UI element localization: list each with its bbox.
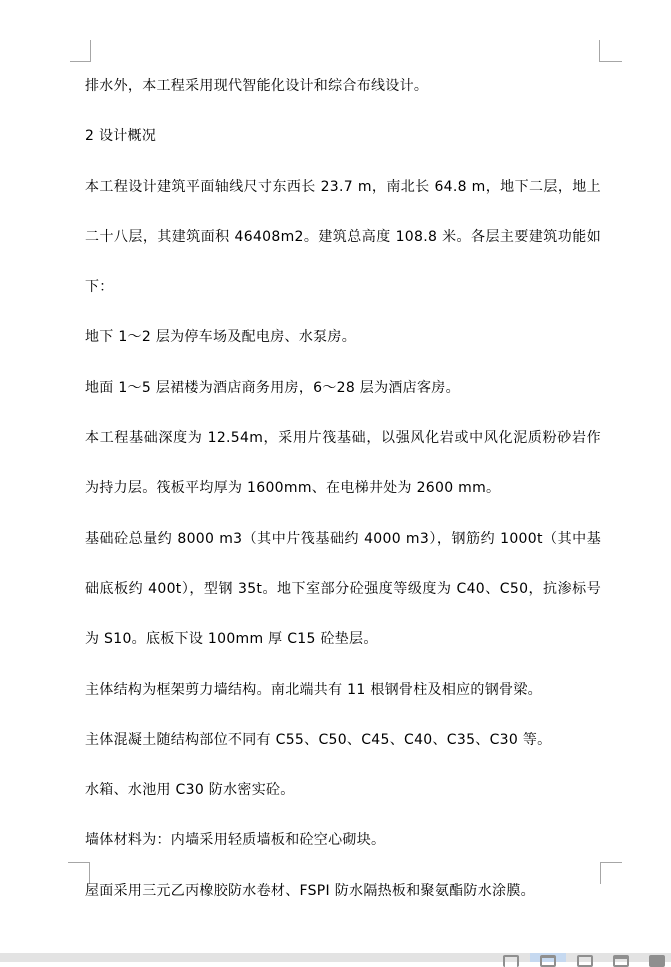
paragraph: 地面 1～5 层裙楼为酒店商务用房，6～28 层为酒店客房。 bbox=[85, 363, 601, 413]
text-boundary-mark-top-left bbox=[70, 40, 91, 62]
paragraph: 本工程基础深度为 12.54m，采用片筏基础，以强风化岩或中风化泥质粉砂岩作为持… bbox=[85, 413, 601, 514]
print-layout-view-button[interactable] bbox=[530, 953, 566, 962]
paragraph: 排水外，本工程采用现代智能化设计和综合布线设计。 bbox=[85, 61, 601, 111]
paragraph: 水箱、水池用 C30 防水密实砼。 bbox=[85, 765, 601, 815]
outline-view-icon bbox=[613, 955, 629, 962]
read-mode-view-button[interactable] bbox=[493, 953, 529, 962]
paragraph: 主体混凝土随结构部位不同有 C55、C50、C45、C40、C35、C30 等。 bbox=[85, 715, 601, 765]
text-boundary-mark-bottom-right bbox=[600, 862, 622, 884]
document-body[interactable]: 排水外，本工程采用现代智能化设计和综合布线设计。 2 设计概况 本工程设计建筑平… bbox=[85, 61, 601, 916]
web-layout-view-button[interactable] bbox=[567, 953, 603, 962]
paragraph: 地下 1～2 层为停车场及配电房、水泵房。 bbox=[85, 312, 601, 362]
draft-view-icon bbox=[649, 955, 665, 962]
text-boundary-mark-top-right bbox=[599, 40, 622, 62]
paragraph: 墙体材料为：内墙采用轻质墙板和砼空心砌块。 bbox=[85, 815, 601, 865]
document-page: 排水外，本工程采用现代智能化设计和综合布线设计。 2 设计概况 本工程设计建筑平… bbox=[0, 0, 671, 962]
print-layout-icon bbox=[540, 955, 556, 962]
web-layout-icon bbox=[577, 955, 593, 962]
paragraph: 本工程设计建筑平面轴线尺寸东西长 23.7 m，南北长 64.8 m，地下二层，… bbox=[85, 162, 601, 313]
paragraph: 基础砼总量约 8000 m3（其中片筏基础约 4000 m3），钢筋约 1000… bbox=[85, 514, 601, 665]
read-mode-icon bbox=[503, 955, 519, 962]
draft-view-button[interactable] bbox=[639, 953, 671, 962]
paragraph: 主体结构为框架剪力墙结构。南北端共有 11 根钢骨柱及相应的钢骨梁。 bbox=[85, 665, 601, 715]
section-heading: 2 设计概况 bbox=[85, 111, 601, 161]
paragraph: 屋面采用三元乙丙橡胶防水卷材、FSPI 防水隔热板和聚氨酯防水涂膜。 bbox=[85, 866, 601, 916]
status-bar bbox=[0, 953, 671, 962]
outline-view-button[interactable] bbox=[603, 953, 639, 962]
